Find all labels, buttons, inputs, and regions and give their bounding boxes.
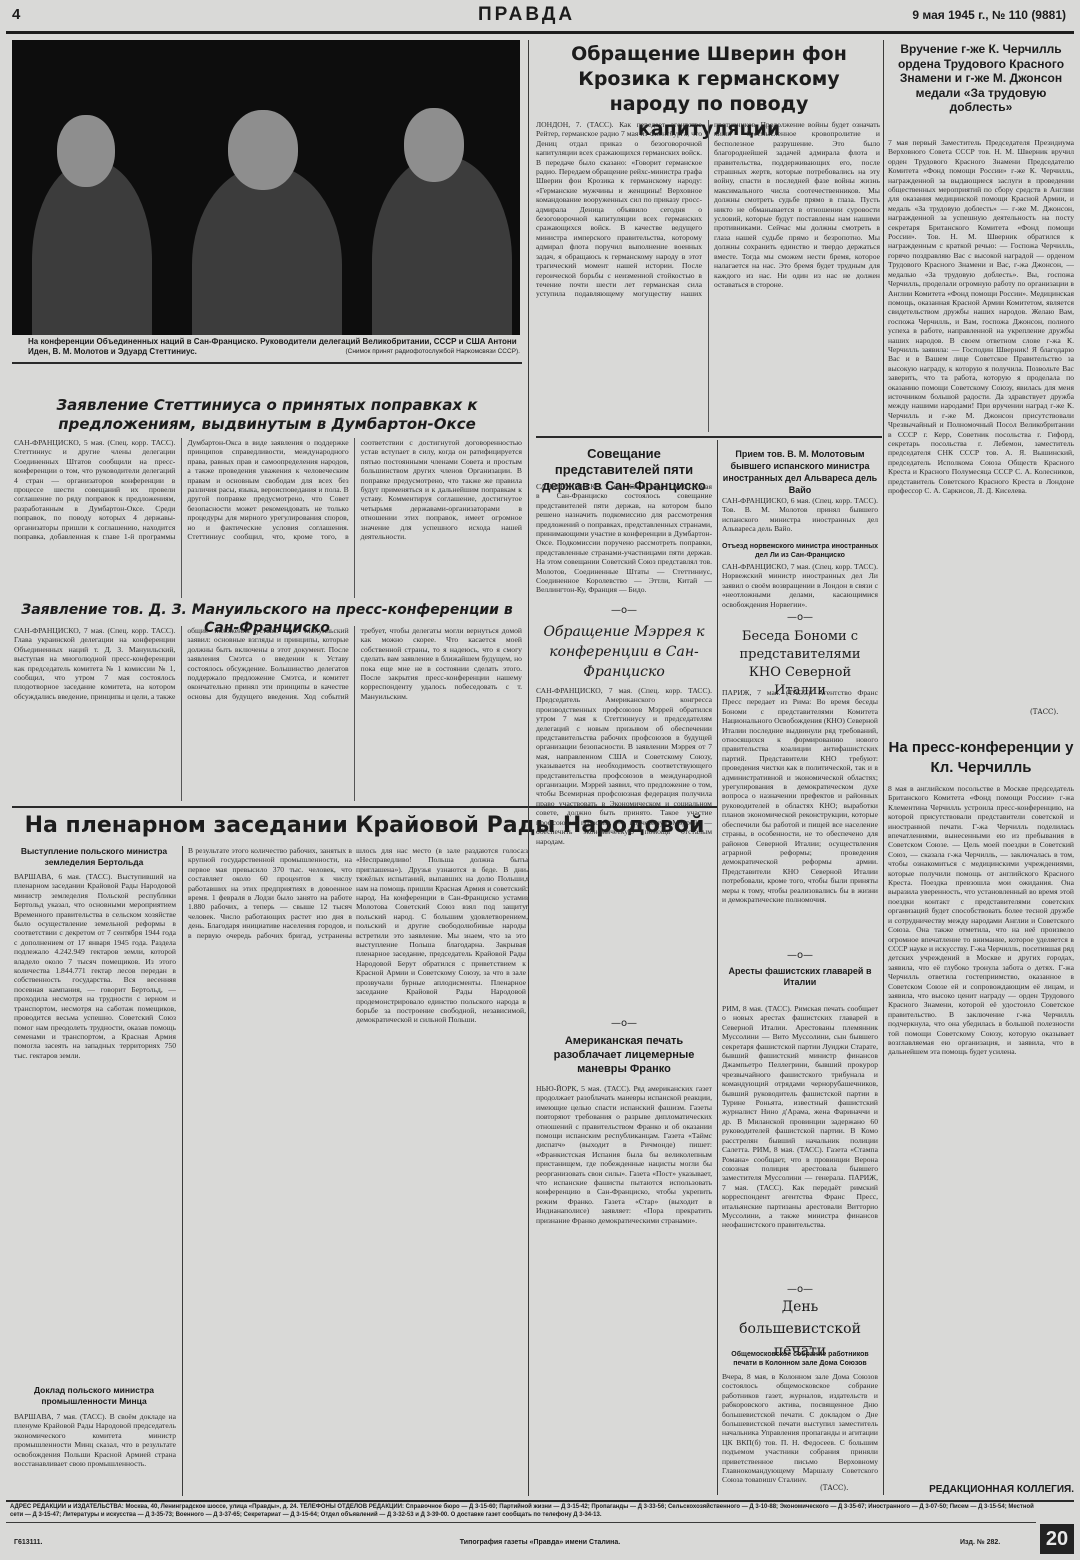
article-bonomi: ПАРИЖ, 7 мая. (ТАСС). Агентство Франс Пр… xyxy=(722,688,878,950)
subhead-bertold: Выступление польского министра земледели… xyxy=(14,846,174,868)
headline-stettinius: Заявление Стеттиниуса о принятых поправк… xyxy=(12,396,522,434)
headline-arrests: Аресты фашистских главарей в Италии xyxy=(722,966,878,988)
article-plenary-right: шлось для нас место (в зале раздаются го… xyxy=(356,846,526,1494)
article-manuilsky: САН-ФРАНЦИСКО, 7 мая. (Спец. корр. ТАСС)… xyxy=(14,626,522,801)
separator: —o— xyxy=(536,1018,712,1029)
article-press-day: Вчера, 8 мая, в Колонном зале Дома Союзо… xyxy=(722,1372,878,1482)
article-franco: НЬЮ-ЙОРК, 5 мая. (ТАСС). Ряд американски… xyxy=(536,1084,712,1494)
headline-lie: Отъезд норвежского министра иностранных … xyxy=(722,542,878,560)
divider xyxy=(12,362,522,364)
divider xyxy=(786,1346,812,1347)
article-five-powers: САН-ФРАНЦИСКО, 7 мая. (Спец. корр. ТАСС)… xyxy=(536,482,712,604)
masthead-rule xyxy=(6,31,1074,34)
issue-date: 9 мая 1945 г., № 110 (9881) xyxy=(912,8,1066,22)
editorial-signature: РЕДАКЦИОННАЯ КОЛЛЕГИЯ. xyxy=(888,1484,1074,1495)
article-arrests: РИМ, 8 мая. (ТАСС). Римская печать сообщ… xyxy=(722,1004,878,1286)
newspaper-title: ПРАВДА xyxy=(478,4,575,26)
headline-churchill-award: Вручение г-же К. Черчилль ордена Трудово… xyxy=(888,42,1074,115)
column-rule xyxy=(717,440,718,1495)
tass-credit: (ТАСС). xyxy=(820,1484,848,1492)
figure-stettinius xyxy=(372,155,512,335)
column-rule xyxy=(528,40,529,1495)
divider xyxy=(536,436,882,438)
footer-rule xyxy=(6,1500,1074,1502)
separator: —o— xyxy=(536,605,712,616)
face-stettinius xyxy=(404,108,464,182)
subhead-press-day: Общемосковское собрание работников печат… xyxy=(722,1350,878,1368)
article-schwerin: ЛОНДОН, 7. (ТАСС). Как передает агентств… xyxy=(536,120,880,432)
column-rule xyxy=(182,846,183,1496)
article-churchill-press: 8 мая в английском посольстве в Москве п… xyxy=(888,784,1074,1484)
footer-order: Изд. № 282. xyxy=(960,1538,1000,1548)
headline-molotov-vayo: Прием тов. В. М. Молотовым бывшего испан… xyxy=(722,448,878,496)
article-bertold: ВАРШАВА, 6 мая. (ТАСС). Выступивший на п… xyxy=(14,872,176,1310)
separator: —o— xyxy=(722,950,878,961)
sheet-number: 20 xyxy=(1040,1524,1074,1554)
article-minc: ВАРШАВА, 7 мая. (ТАСС). В своём докладе … xyxy=(14,1412,176,1494)
footer-rule xyxy=(6,1522,1036,1523)
footer-code: Г613111. xyxy=(14,1538,43,1548)
article-stettinius: САН-ФРАНЦИСКО, 5 мая. (Спец. корр. ТАСС)… xyxy=(14,438,522,598)
face-molotov xyxy=(228,110,298,190)
headline-murray: Обращение Мэррея к конференции в Сан-Фра… xyxy=(536,622,712,682)
figure-molotov xyxy=(192,165,342,335)
headline-churchill-press: На пресс-конференции у Кл. Черчилль xyxy=(888,738,1074,778)
separator: —o— xyxy=(722,612,878,623)
subhead-minc: Доклад польского министра промышленности… xyxy=(14,1385,174,1407)
article-murray: САН-ФРАНЦИСКО, 7 мая. (Спец. корр. ТАСС)… xyxy=(536,686,712,1018)
article-churchill-award: 7 мая первый Заместитель Председателя Пр… xyxy=(888,138,1074,706)
page-number: 4 xyxy=(12,6,20,23)
article-lie: САН-ФРАНЦИСКО, 7 мая. (Спец. корр. ТАСС)… xyxy=(722,562,878,610)
headline-franco: Американская печать разоблачает лицемерн… xyxy=(536,1034,712,1076)
footer-printer: Типография газеты «Правда» имени Сталина… xyxy=(420,1538,660,1548)
article-molotov-vayo: САН-ФРАНЦИСКО, 6 мая. (Спец. корр. ТАСС)… xyxy=(722,496,878,540)
column-rule xyxy=(883,40,884,1495)
masthead: 4 ПРАВДА 9 мая 1945 г., № 110 (9881) xyxy=(0,0,1080,34)
conference-photo xyxy=(12,40,520,335)
tass-credit: (ТАСС). xyxy=(1030,708,1058,716)
photo-credit: (Снимок принят радиофотослужбой Наркомсв… xyxy=(330,348,520,355)
footer-address: АДРЕС РЕДАКЦИИ и ИЗДАТЕЛЬСТВА: Москва, 4… xyxy=(10,1503,1038,1519)
face-eden xyxy=(57,115,115,187)
separator: —o— xyxy=(722,1284,878,1295)
